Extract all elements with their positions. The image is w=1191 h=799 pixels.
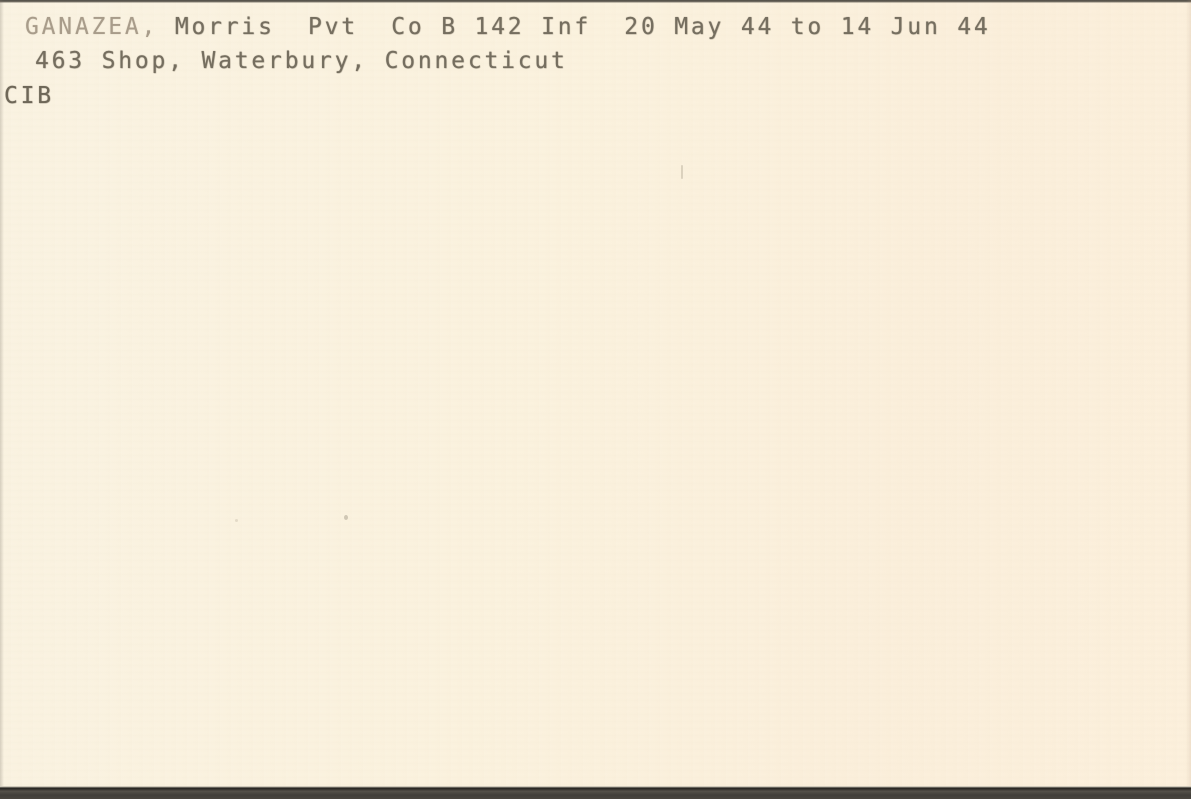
card-top-edge-shadow xyxy=(0,0,1191,3)
scanned-index-card: GANAZEA, Morris Pvt Co B 142 Inf 20 May … xyxy=(0,0,1191,799)
card-line-address: 463 Shop, Waterbury, Connecticut xyxy=(35,47,568,75)
paper-speck-artifact xyxy=(235,519,238,522)
paper-scratch-artifact xyxy=(681,165,683,179)
card-line-award: CIB xyxy=(4,82,54,110)
card-right-edge-shadow xyxy=(1186,0,1191,799)
card-left-edge-shadow xyxy=(0,0,4,799)
card-line-name-rank-unit-dates: GANAZEA, Morris Pvt Co B 142 Inf 20 May … xyxy=(25,13,991,41)
scan-bottom-edge xyxy=(0,786,1191,799)
paper-speck-artifact xyxy=(344,515,348,520)
soldier-surname: GANAZEA, xyxy=(25,14,158,40)
soldier-rank-unit-dates: Morris Pvt Co B 142 Inf 20 May 44 to 14 … xyxy=(158,14,990,40)
